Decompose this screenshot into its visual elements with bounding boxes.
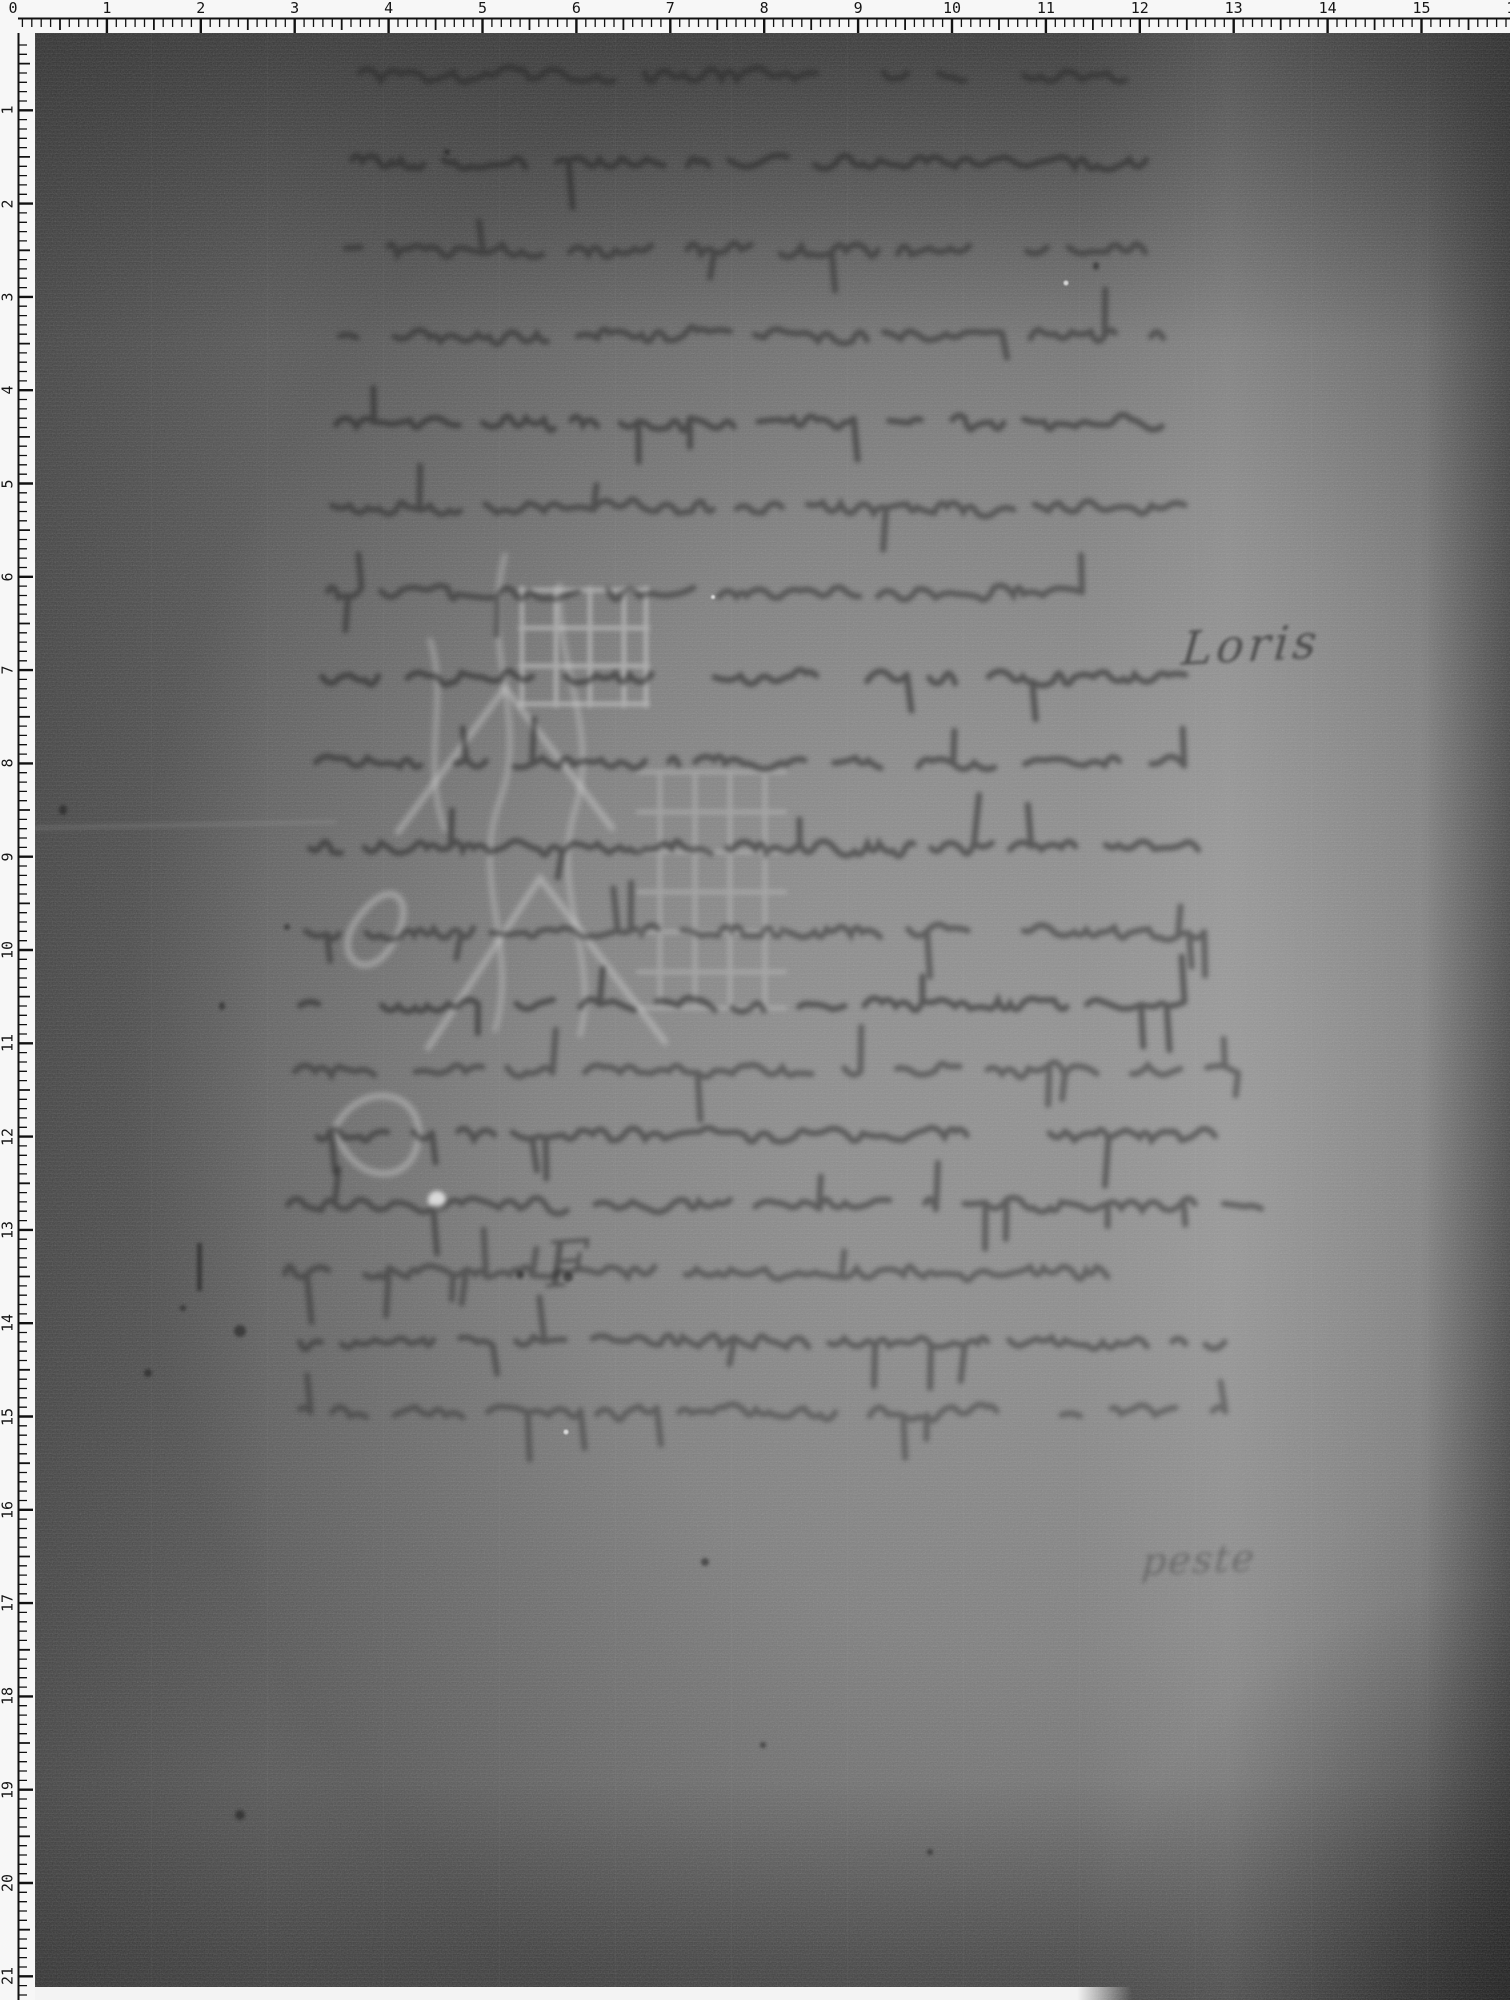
- script-fragment-loris: Loris: [1180, 614, 1323, 676]
- dark-speck: [235, 1810, 245, 1820]
- script-line: [285, 1230, 1160, 1323]
- script-line: [295, 1027, 1238, 1120]
- script-line: [360, 67, 1150, 82]
- ruler-vertical-cm: 123456789101112131415161718192021: [0, 33, 35, 2000]
- ruler-left-label-4: 4: [1, 386, 16, 395]
- light-speck: [711, 595, 715, 599]
- ruler-top-label-10: 10: [943, 1, 961, 16]
- script-line: [322, 670, 1185, 719]
- dark-speck: [144, 1369, 152, 1377]
- ruler-top-label-3: 3: [290, 1, 299, 16]
- script-line: [318, 1128, 1253, 1186]
- ruler-left-label-20: 20: [1, 1874, 16, 1892]
- ruler-left-label-7: 7: [1, 666, 16, 675]
- ruler-top-label-2: 2: [196, 1, 205, 16]
- dark-speck: [234, 1325, 246, 1337]
- script-line: [300, 1375, 1242, 1459]
- ruler-ticks: [18, 110, 33, 1976]
- ruler-top-label-14: 14: [1319, 1, 1337, 16]
- ruler-left-label-15: 15: [1, 1407, 16, 1425]
- script-line: [332, 466, 1185, 550]
- ruler-ticks: [18, 64, 30, 1930]
- page-marks: [0, 0, 1510, 2000]
- script-line: [328, 554, 1082, 635]
- ruler-top-label-1: 1: [102, 1, 111, 16]
- ruler-top-label-13: 13: [1225, 1, 1243, 16]
- script-lines: [285, 67, 1261, 1459]
- ruler-top-label-4: 4: [384, 1, 393, 16]
- light-speck: [1064, 281, 1069, 286]
- ruler-horizontal-cm: 012345678910111213141516: [0, 0, 1510, 33]
- ruler-top-label-0: 0: [8, 1, 17, 16]
- ruler-top-label-5: 5: [478, 1, 487, 16]
- ruler-left-label-21: 21: [1, 1967, 16, 1985]
- ruler-left-label-17: 17: [1, 1594, 16, 1612]
- ruler-left-label-1: 1: [1, 106, 16, 115]
- ruler-left-label-9: 9: [1, 852, 16, 861]
- script-line: [288, 1163, 1261, 1254]
- ruler-top-label-6: 6: [572, 1, 581, 16]
- script-line: [306, 883, 1205, 977]
- dark-speck: [180, 1305, 186, 1311]
- ruler-top-label-16: 16: [1506, 1, 1510, 16]
- ruler-left-label-6: 6: [1, 572, 16, 581]
- ruler-top-label-8: 8: [760, 1, 769, 16]
- dark-speck: [760, 1742, 766, 1748]
- script-line: [340, 290, 1163, 358]
- ruler-left-label-19: 19: [1, 1781, 16, 1799]
- script-fragment-initial: F: [542, 1227, 591, 1304]
- ruler-top-label-7: 7: [666, 1, 675, 16]
- script-line: [316, 719, 1184, 769]
- script-line: [346, 221, 1168, 290]
- dark-speck: [516, 1271, 524, 1279]
- ruler-left-label-2: 2: [1, 199, 16, 208]
- ruler-top-label-11: 11: [1037, 1, 1055, 16]
- dark-speck: [59, 805, 67, 815]
- ruler-left-label-8: 8: [1, 759, 16, 768]
- dark-speck: [701, 1558, 709, 1566]
- dark-speck: [219, 1002, 225, 1010]
- dark-speck: [284, 924, 290, 930]
- ruler-left-label-12: 12: [1, 1128, 16, 1146]
- scan-root: Loris F peste 012345678910111213141516 1…: [0, 0, 1510, 2000]
- ruler-left-label-14: 14: [1, 1314, 16, 1332]
- dark-speck: [444, 149, 450, 155]
- script-line: [300, 1297, 1250, 1388]
- ruler-left-label-3: 3: [1, 292, 16, 301]
- dark-speck: [927, 1849, 933, 1855]
- ruler-horizontal-ticks: [0, 0, 1510, 33]
- dark-speck: [1093, 262, 1099, 270]
- dark-dash: [197, 1243, 202, 1291]
- ruler-top-label-12: 12: [1131, 1, 1149, 16]
- ruler-left-label-16: 16: [1, 1501, 16, 1519]
- ruler-left-label-18: 18: [1, 1687, 16, 1705]
- ruler-left-label-5: 5: [1, 479, 16, 488]
- ruler-left-label-11: 11: [1, 1034, 16, 1052]
- ruler-top-label-9: 9: [854, 1, 863, 16]
- light-speck: [564, 1430, 569, 1435]
- script-fragment-catchword: peste: [1140, 1536, 1257, 1584]
- script-line: [352, 155, 1146, 207]
- scan-bed-strip: [35, 1987, 1132, 2000]
- script-line: [310, 795, 1198, 878]
- ruler-top-label-15: 15: [1412, 1, 1430, 16]
- watermark: [35, 555, 785, 1209]
- ruler-left-label-10: 10: [1, 941, 16, 959]
- script-line: [336, 388, 1162, 462]
- ruler-left-label-13: 13: [1, 1221, 16, 1239]
